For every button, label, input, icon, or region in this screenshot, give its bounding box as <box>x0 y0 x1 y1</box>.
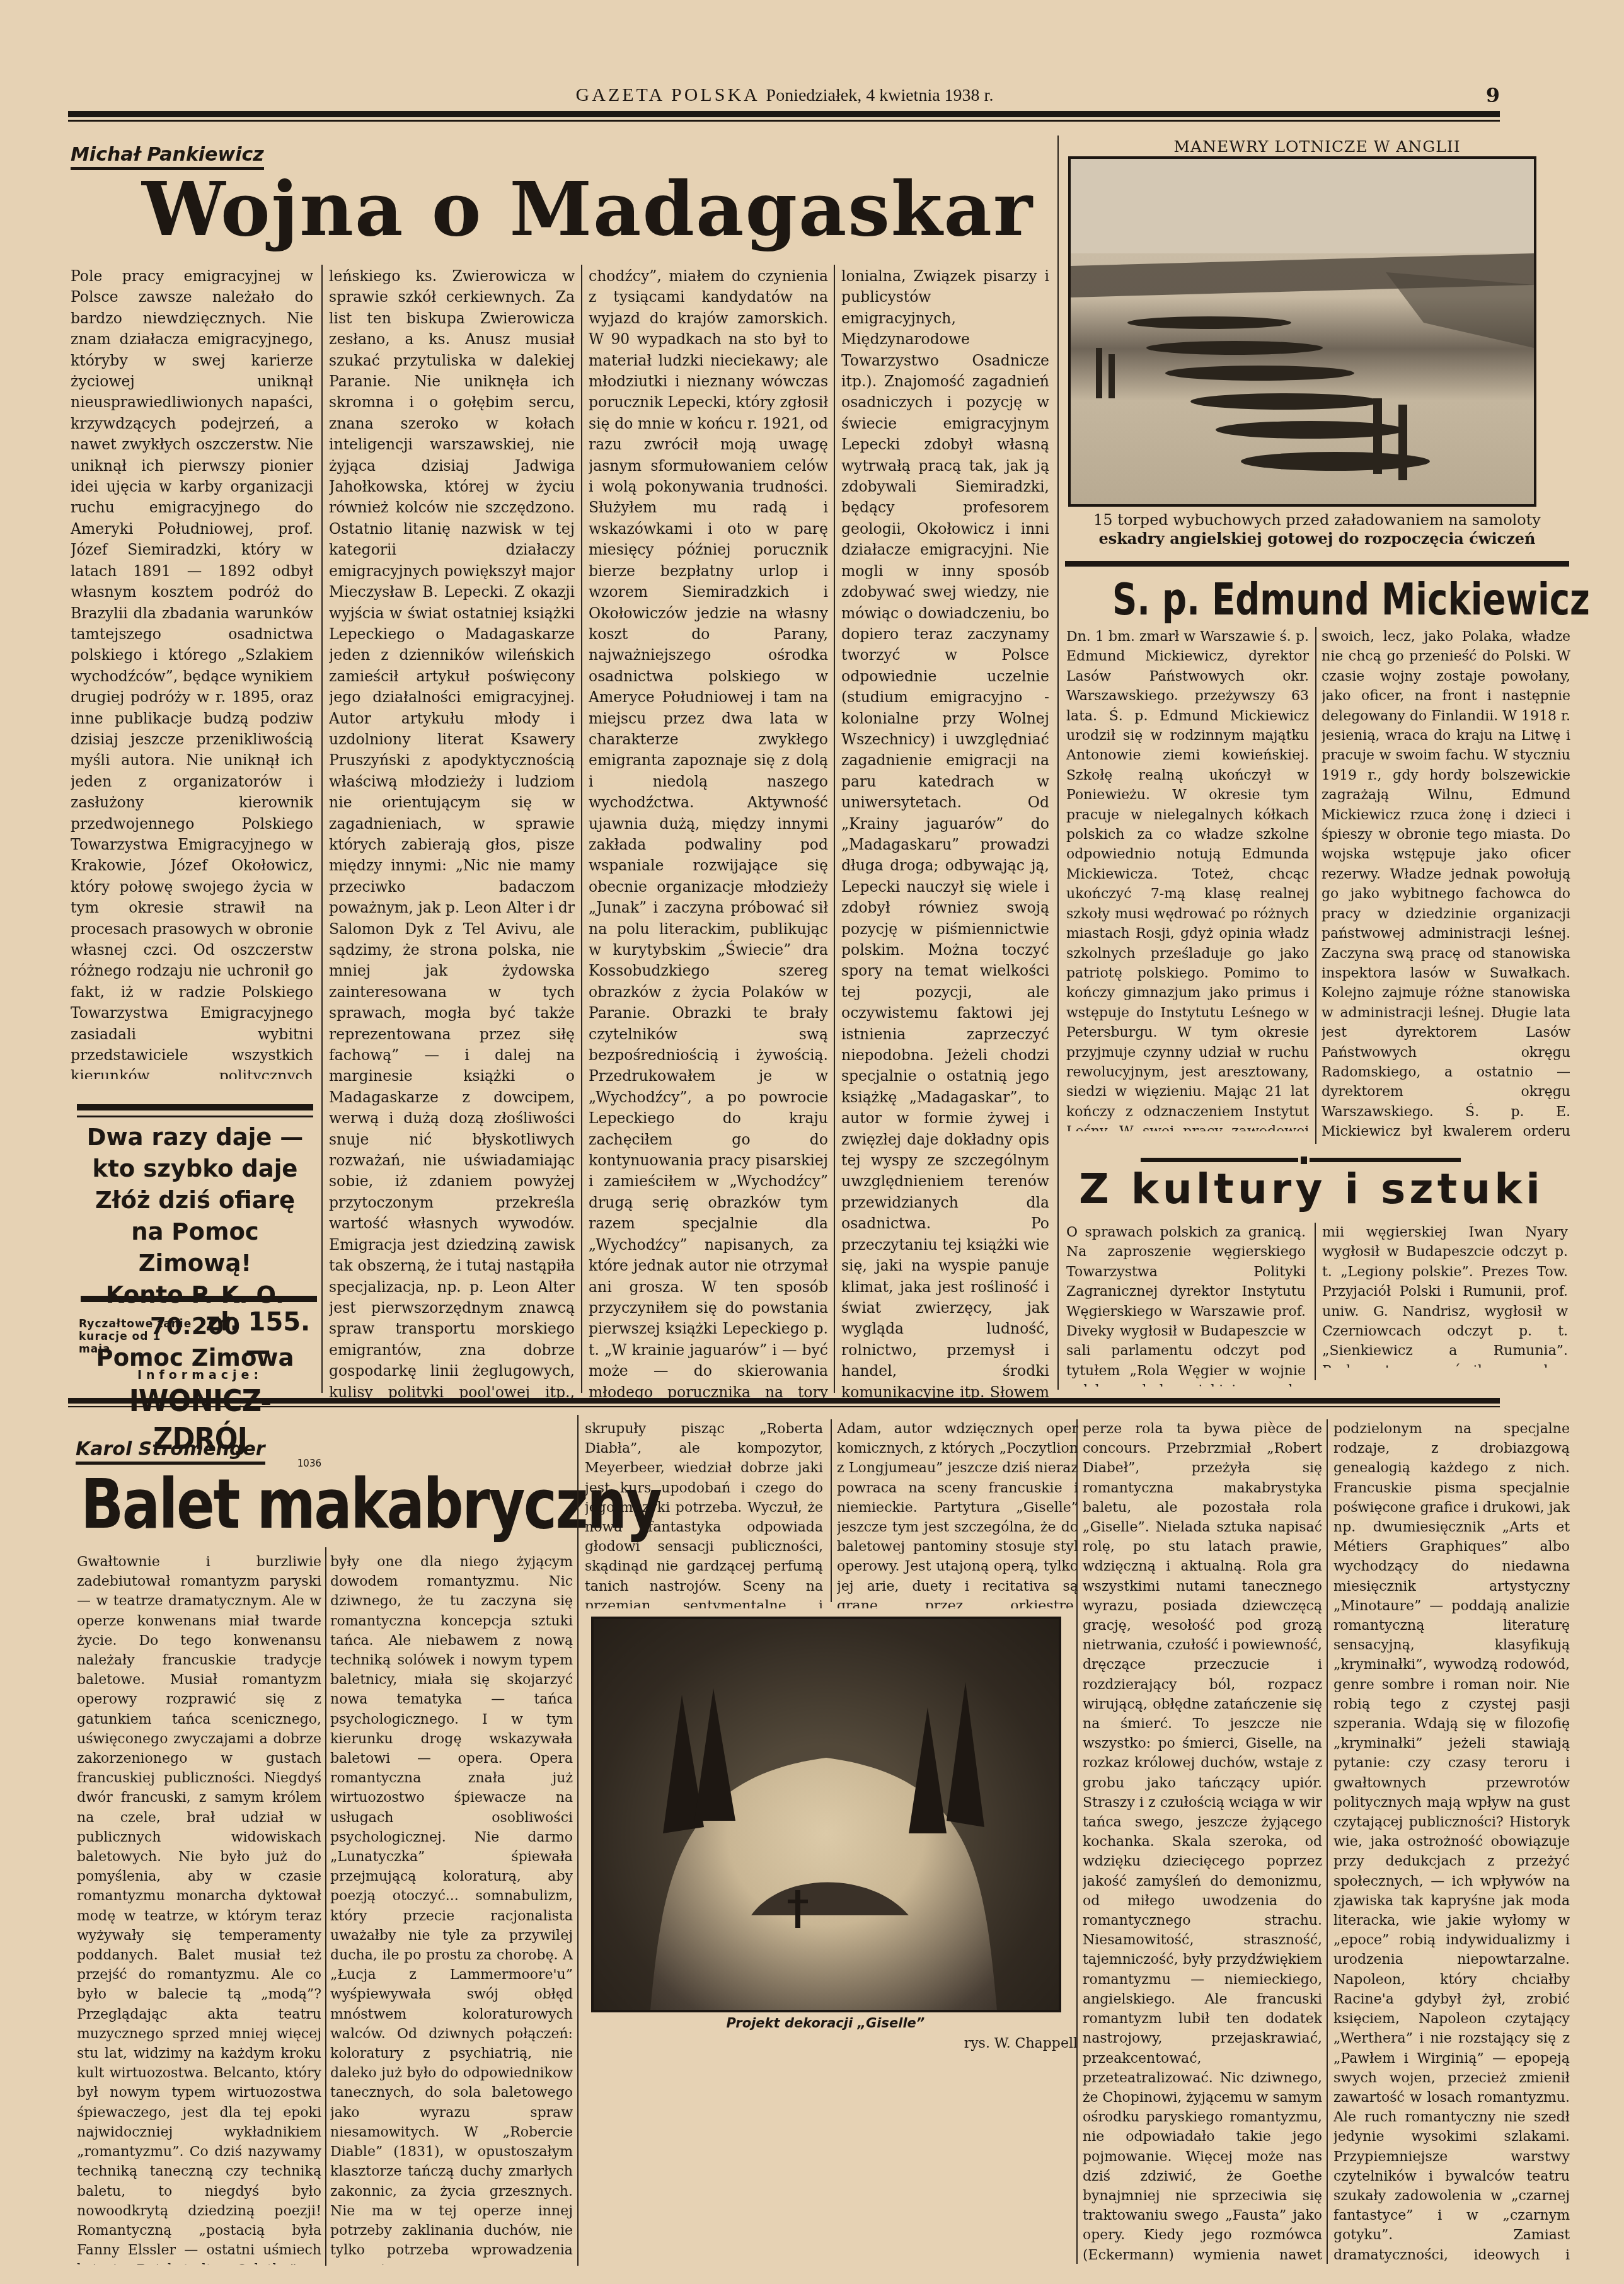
ornament-diamond <box>1301 1156 1307 1164</box>
culture-column-1: O sprawach polskich za granicą. Na zapro… <box>1066 1223 1306 1387</box>
obituary-column-2: swoich, lecz, jako Polaka, władze nie ch… <box>1322 627 1570 1144</box>
article-balet-byline: Karol Stromenger <box>76 1438 265 1465</box>
section-rule <box>68 1398 1500 1404</box>
balet-column-5: perze rola ta bywa pièce de concours. Pr… <box>1083 1419 1322 2264</box>
column-divider <box>1315 627 1316 1144</box>
illustration-caption: Projekt dekoracji „Giselle” <box>681 2014 970 2033</box>
balet-column-2: były one dla niego żyjącym dowodem roman… <box>330 1552 573 2264</box>
ornament-rule <box>1310 1158 1461 1162</box>
column-divider <box>1076 1419 1078 2264</box>
madagaskar-column-1: Pole pracy emigracyjnej w Polsce zawsze … <box>71 266 313 1079</box>
illustration-giselle <box>591 1617 1061 2012</box>
column-divider <box>1327 1419 1328 2264</box>
madagaskar-column-4: lonialna, Związek pisarzy i publicystów … <box>841 266 1049 1400</box>
balet-column-6: podzielonym na specjalne rodzaje, z drob… <box>1333 1419 1570 2264</box>
masthead-rule <box>68 111 1500 117</box>
aircraft-torpedoes-image <box>1071 159 1534 504</box>
column-divider <box>577 1415 579 2266</box>
balet-column-3-top: skrupuły pisząc „Roberta Diabła”, ale ko… <box>585 1419 823 1608</box>
stage-design-drawing <box>594 1619 1059 2010</box>
issue-date: Poniedziałek, 4 kwietnia 1938 r. <box>766 86 994 105</box>
author-byline: Karol Stromenger <box>76 1438 265 1465</box>
illustration-credit: rys. W. Chappell <box>889 2034 1078 2053</box>
ornament-rule <box>1141 1158 1298 1162</box>
price: zł. 155.— <box>195 1308 321 1366</box>
headline-balet: Balet makabryczny <box>81 1465 660 1544</box>
photo-caption: 15 torped wybuchowych przed załadowaniem… <box>1065 510 1569 548</box>
headline-madagaskar: Wojna o Madagaskar <box>142 165 1034 253</box>
madagaskar-column-3: chodźcy”, miałem do czynienia z tysiącam… <box>589 266 828 1400</box>
section-rule <box>1065 561 1569 567</box>
balet-column-1: Gwałtownie i burzliwie zadebiutował roma… <box>77 1552 321 2264</box>
page-number: 9 <box>1486 83 1500 107</box>
column-divider <box>1315 1223 1316 1380</box>
culture-column-2: mii węgierskiej Iwan Nyary wygłosił w Bu… <box>1322 1223 1568 1368</box>
ad-rule <box>77 1104 313 1110</box>
ad-rule <box>77 1116 313 1117</box>
ad-rule <box>81 1296 317 1302</box>
section-divider <box>1057 136 1059 1390</box>
headline-culture: Z kultury i sztuki <box>1079 1165 1544 1213</box>
paper-name: GAZETA POLSKA <box>576 84 759 105</box>
masthead-rule-thin <box>68 120 1500 122</box>
balet-column-4-top: Adam, autor wdzięcznych oper komicznych,… <box>837 1419 1078 1608</box>
section-rule-thin <box>68 1406 1500 1407</box>
column-divider <box>325 1547 326 2266</box>
photo-heading: MANEWRY LOTNICZE W ANGLII <box>1065 137 1569 156</box>
column-divider <box>834 265 835 1393</box>
column-divider <box>581 265 582 1393</box>
photo-torpedoes <box>1068 156 1536 507</box>
madagaskar-column-2: leńskiego ks. Zwierowicza w sprawie szkó… <box>329 266 575 1400</box>
column-divider <box>321 265 323 1393</box>
column-divider <box>831 1419 832 1602</box>
headline-obituary: S. p. Edmund Mickiewicz <box>1112 574 1590 625</box>
obituary-column-1: Dn. 1 bm. zmarł w Warszawie ś. p. Edmund… <box>1066 627 1309 1131</box>
